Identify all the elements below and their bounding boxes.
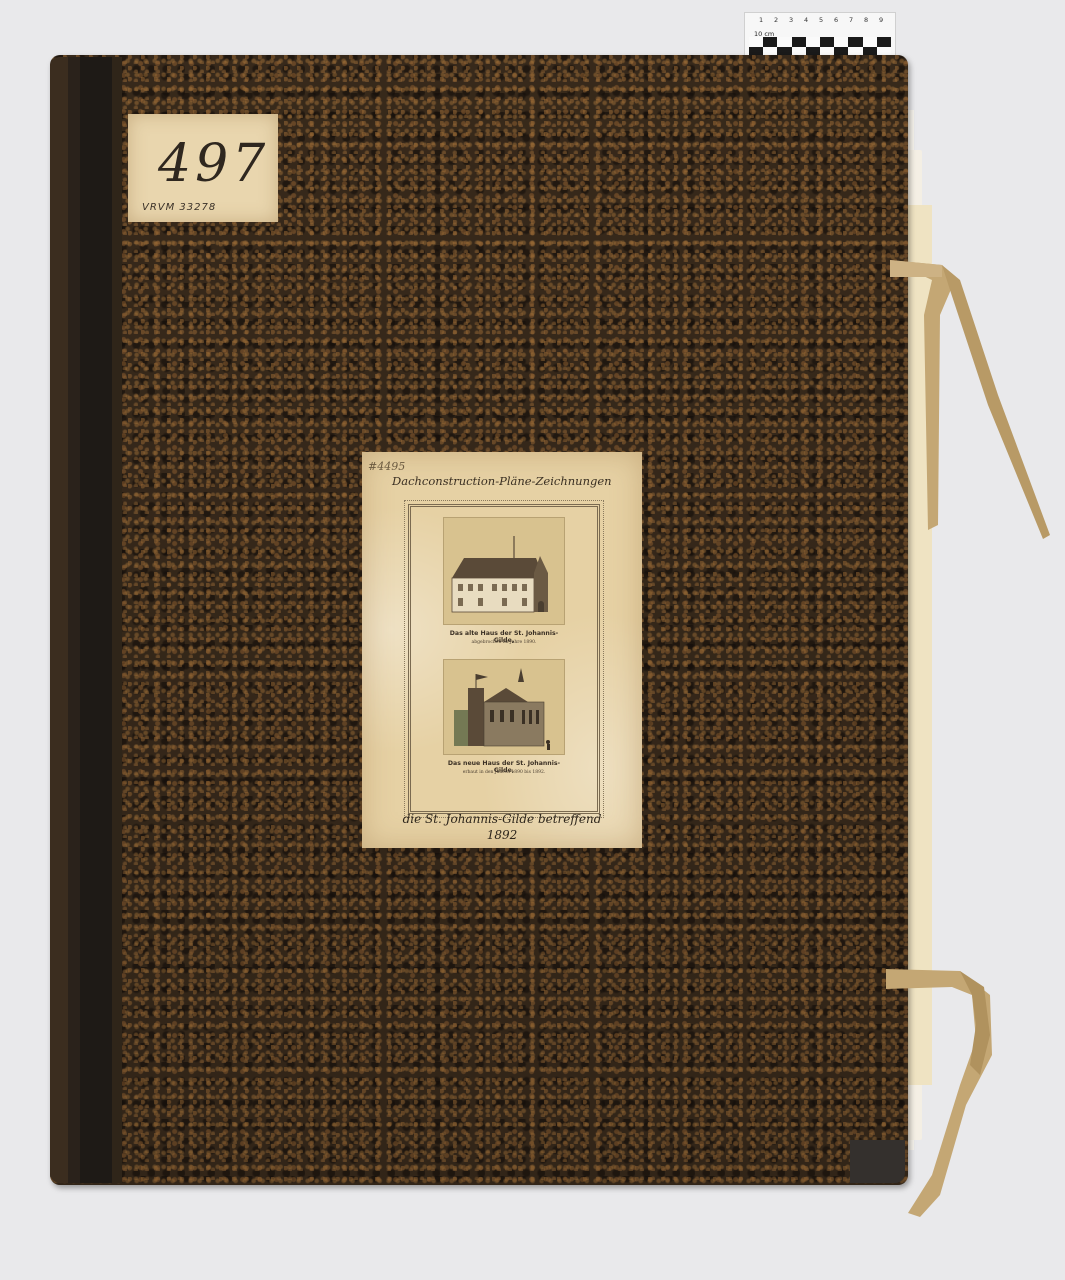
scale-bar: 1 2 3 4 5 6 7 8 9 10 cm [744, 12, 896, 60]
handwritten-year: 1892 [362, 828, 642, 842]
tick-label: 6 [834, 16, 838, 24]
building-illustration-icon [444, 518, 564, 624]
engraving-old-house: Das alte Haus der St. Johannis-Gilde, ab… [443, 517, 565, 625]
engraving-subcaption: erbaut in den Jahren 1890 bis 1892. [444, 770, 564, 775]
handwritten-title: Dachconstruction-Pläne-Zeichnungen [392, 474, 634, 488]
engraving-frame: Das alte Haus der St. Johannis-Gilde, ab… [408, 504, 600, 814]
tick-label: 3 [789, 16, 793, 24]
tick-label: 5 [819, 16, 823, 24]
title-label: #4495 Dachconstruction-Pläne-Zeichnungen… [362, 452, 642, 848]
tick-label: 7 [849, 16, 853, 24]
portfolio-spine [50, 57, 122, 1183]
tick-label: 4 [804, 16, 808, 24]
ribbon-tie-top [880, 255, 1060, 545]
scale-checkerboard [749, 37, 891, 57]
scale-ticks: 1 2 3 4 5 6 7 8 9 [745, 16, 895, 28]
engraving-subcaption: abgebrochen im Jahre 1890. [444, 640, 564, 645]
tick-label: 2 [774, 16, 778, 24]
inventory-number: VRVM 33278 [142, 202, 216, 213]
tick-label: 9 [879, 16, 883, 24]
tick-label: 8 [864, 16, 868, 24]
building-illustration-icon [444, 660, 564, 754]
tick-label: 1 [759, 16, 763, 24]
engraving-new-house: Das neue Haus der St. Johannis-Gilde, er… [443, 659, 565, 755]
ribbon-tie-bottom [880, 965, 1010, 1225]
handwritten-subject: die St. Johannis-Gilde betreffend [362, 812, 642, 826]
shelf-label: 497 VRVM 33278 [128, 114, 278, 222]
shelf-number: 497 [158, 134, 269, 194]
catalogue-note: #4495 [368, 460, 405, 473]
